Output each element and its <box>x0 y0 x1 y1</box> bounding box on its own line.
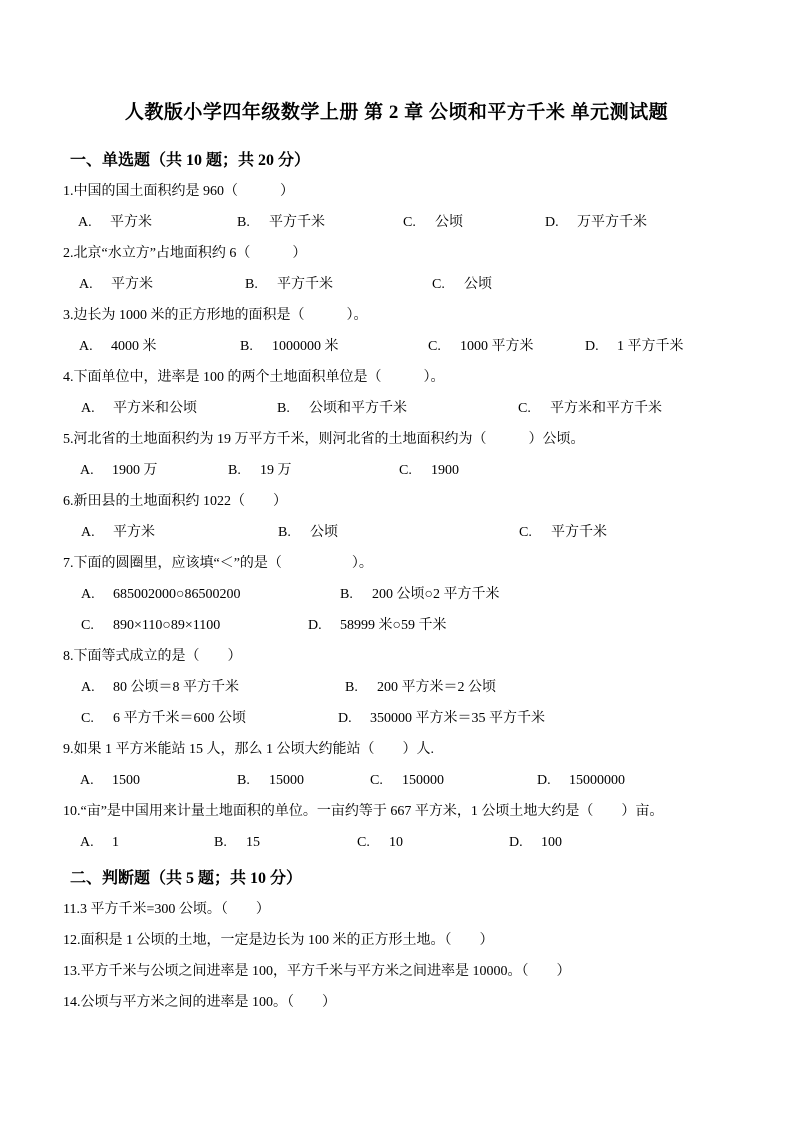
option-label: B. <box>340 579 372 610</box>
question-2-options: A.平方米 B.平方千米 C.公顷 <box>0 269 793 300</box>
option-label: A. <box>81 393 113 424</box>
option-label: A. <box>80 455 112 486</box>
option-label: B. <box>237 765 269 796</box>
option-d: D.15000000 <box>537 765 625 796</box>
option-c: C.150000 <box>370 765 444 796</box>
option-value: 15000 <box>269 773 304 788</box>
option-label: A. <box>81 672 113 703</box>
option-value: 1900 <box>431 463 459 478</box>
option-d: D.350000 平方米＝35 平方千米 <box>338 703 545 734</box>
option-c: C.平方千米 <box>519 517 607 548</box>
option-a: A.1500 <box>80 765 140 796</box>
option-b: B.19 万 <box>228 455 292 486</box>
option-value: 平方米 <box>113 525 155 540</box>
option-value: 15 <box>246 835 260 850</box>
question-8-options-row-2: C.6 平方千米＝600 公顷 D.350000 平方米＝35 平方千米 <box>0 703 793 734</box>
option-a: A.平方米 <box>78 207 152 238</box>
option-label: D. <box>585 331 617 362</box>
question-1-text: 1.中国的国土面积约是 960（ ） <box>0 176 793 207</box>
question-7-options-row-1: A.685002000○86500200 B.200 公顷○2 平方千米 <box>0 579 793 610</box>
option-label: C. <box>428 331 460 362</box>
document-page: 人教版小学四年级数学上册 第 2 章 公顷和平方千米 单元测试题 一、单选题（共… <box>0 0 793 1122</box>
page-title: 人教版小学四年级数学上册 第 2 章 公顷和平方千米 单元测试题 <box>0 97 793 128</box>
option-label: A. <box>80 765 112 796</box>
option-c: C.公顷 <box>432 269 492 300</box>
option-c: C.平方米和平方千米 <box>518 393 662 424</box>
question-9-text: 9.如果 1 平方米能站 15 人，那么 1 公顷大约能站（ ）人. <box>0 734 793 765</box>
option-value: 1 <box>112 835 119 850</box>
question-9-options: A.1500 B.15000 C.150000 D.15000000 <box>0 765 793 796</box>
option-b: B.200 平方米＝2 公顷 <box>345 672 496 703</box>
option-b: B.200 公顷○2 平方千米 <box>340 579 499 610</box>
option-value: 1500 <box>112 773 140 788</box>
option-label: A. <box>79 331 111 362</box>
option-value: 公顷 <box>310 525 338 540</box>
question-4-text: 4.下面单位中，进率是 100 的两个土地面积单位是（ ）。 <box>0 362 793 393</box>
option-label: B. <box>278 517 310 548</box>
option-a: A.1 <box>80 827 119 858</box>
option-value: 4000 米 <box>111 339 157 354</box>
option-label: D. <box>338 703 370 734</box>
question-13-text: 13.平方千米与公顷之间进率是 100，平方千米与平方米之间进率是 10000。… <box>0 956 793 987</box>
option-a: A.4000 米 <box>79 331 157 362</box>
option-value: 平方米和公顷 <box>113 401 197 416</box>
option-value: 200 公顷○2 平方千米 <box>372 587 499 602</box>
question-8-text: 8.下面等式成立的是（ ） <box>0 641 793 672</box>
option-label: B. <box>277 393 309 424</box>
option-label: B. <box>345 672 377 703</box>
question-3-text: 3.边长为 1000 米的正方形地的面积是（ ）。 <box>0 300 793 331</box>
option-a: A.平方米 <box>81 517 155 548</box>
question-4-options: A.平方米和公顷 B.公顷和平方千米 C.平方米和平方千米 <box>0 393 793 424</box>
question-12-text: 12.面积是 1 公顷的土地，一定是边长为 100 米的正方形土地。（ ） <box>0 925 793 956</box>
option-label: C. <box>518 393 550 424</box>
question-3-options: A.4000 米 B.1000000 米 C.1000 平方米 D.1 平方千米 <box>0 331 793 362</box>
option-value: 平方米 <box>110 215 152 230</box>
option-b: B.1000000 米 <box>240 331 339 362</box>
option-label: A. <box>79 269 111 300</box>
option-value: 万平方千米 <box>577 215 647 230</box>
option-a: A.685002000○86500200 <box>81 579 240 610</box>
option-value: 350000 平方米＝35 平方千米 <box>370 711 545 726</box>
option-c: C.1900 <box>399 455 459 486</box>
option-label: A. <box>80 827 112 858</box>
question-10-options: A.1 B.15 C.10 D.100 <box>0 827 793 858</box>
option-value: 1000000 米 <box>272 339 339 354</box>
option-value: 19 万 <box>260 463 292 478</box>
option-value: 平方千米 <box>269 215 325 230</box>
option-value: 10 <box>389 835 403 850</box>
question-5-text: 5.河北省的土地面积约为 19 万平方千米，则河北省的土地面积约为（ ）公顷。 <box>0 424 793 455</box>
option-a: A.平方米 <box>79 269 153 300</box>
section-heading-judgment: 二、判断题（共 5 题；共 10 分） <box>0 863 793 894</box>
option-b: B.公顷 <box>278 517 338 548</box>
option-value: 1900 万 <box>112 463 158 478</box>
option-label: C. <box>399 455 431 486</box>
option-label: C. <box>357 827 389 858</box>
option-value: 平方千米 <box>551 525 607 540</box>
option-c: C.10 <box>357 827 403 858</box>
option-value: 公顷和平方千米 <box>309 401 407 416</box>
question-8-options-row-1: A.80 公顷＝8 平方千米 B.200 平方米＝2 公顷 <box>0 672 793 703</box>
option-label: A. <box>81 579 113 610</box>
option-c: C.公顷 <box>403 207 463 238</box>
question-6-options: A.平方米 B.公顷 C.平方千米 <box>0 517 793 548</box>
option-value: 平方千米 <box>277 277 333 292</box>
question-5-options: A.1900 万 B.19 万 C.1900 <box>0 455 793 486</box>
option-label: C. <box>519 517 551 548</box>
option-label: C. <box>81 610 113 641</box>
option-value: 100 <box>541 835 562 850</box>
option-label: C. <box>81 703 113 734</box>
question-10-text: 10.“亩”是中国用来计量土地面积的单位。一亩约等于 667 平方米，1 公顷土… <box>0 796 793 827</box>
option-value: 公顷 <box>435 215 463 230</box>
option-value: 200 平方米＝2 公顷 <box>377 680 496 695</box>
option-c: C.1000 平方米 <box>428 331 534 362</box>
option-label: C. <box>432 269 464 300</box>
option-label: B. <box>214 827 246 858</box>
option-label: B. <box>240 331 272 362</box>
option-value: 平方米 <box>111 277 153 292</box>
option-label: D. <box>308 610 340 641</box>
option-d: D.58999 米○59 千米 <box>308 610 446 641</box>
option-c: C.890×110○89×1100 <box>81 610 220 641</box>
question-6-text: 6.新田县的土地面积约 1022（ ） <box>0 486 793 517</box>
option-b: B.平方千米 <box>245 269 333 300</box>
option-value: 58999 米○59 千米 <box>340 618 446 633</box>
option-d: D.1 平方千米 <box>585 331 684 362</box>
option-label: C. <box>403 207 435 238</box>
option-value: 80 公顷＝8 平方千米 <box>113 680 239 695</box>
option-value: 1 平方千米 <box>617 339 684 354</box>
option-label: B. <box>245 269 277 300</box>
option-value: 平方米和平方千米 <box>550 401 662 416</box>
option-label: B. <box>228 455 260 486</box>
option-b: B.15 <box>214 827 260 858</box>
option-label: C. <box>370 765 402 796</box>
option-value: 685002000○86500200 <box>113 587 240 602</box>
section-heading-choice: 一、单选题（共 10 题；共 20 分） <box>0 145 793 176</box>
option-b: B.平方千米 <box>237 207 325 238</box>
option-c: C.6 平方千米＝600 公顷 <box>81 703 246 734</box>
option-label: B. <box>237 207 269 238</box>
option-value: 890×110○89×1100 <box>113 618 220 633</box>
question-7-options-row-2: C.890×110○89×1100 D.58999 米○59 千米 <box>0 610 793 641</box>
option-a: A.1900 万 <box>80 455 158 486</box>
option-label: D. <box>537 765 569 796</box>
option-a: A.80 公顷＝8 平方千米 <box>81 672 239 703</box>
option-value: 1000 平方米 <box>460 339 534 354</box>
question-14-text: 14.公顷与平方米之间的进率是 100。（ ） <box>0 987 793 1018</box>
option-value: 公顷 <box>464 277 492 292</box>
option-d: D.100 <box>509 827 562 858</box>
question-11-text: 11.3 平方千米=300 公顷。（ ） <box>0 894 793 925</box>
question-1-options: A.平方米 B.平方千米 C.公顷 D.万平方千米 <box>0 207 793 238</box>
option-label: D. <box>545 207 577 238</box>
question-7-text: 7.下面的圆圈里，应该填“＜”的是（ ）。 <box>0 548 793 579</box>
option-label: D. <box>509 827 541 858</box>
option-b: B.公顷和平方千米 <box>277 393 407 424</box>
option-a: A.平方米和公顷 <box>81 393 197 424</box>
question-2-text: 2.北京“水立方”占地面积约 6（ ） <box>0 238 793 269</box>
option-b: B.15000 <box>237 765 304 796</box>
option-label: A. <box>78 207 110 238</box>
option-value: 6 平方千米＝600 公顷 <box>113 711 246 726</box>
option-label: A. <box>81 517 113 548</box>
option-value: 15000000 <box>569 773 625 788</box>
option-d: D.万平方千米 <box>545 207 647 238</box>
option-value: 150000 <box>402 773 444 788</box>
